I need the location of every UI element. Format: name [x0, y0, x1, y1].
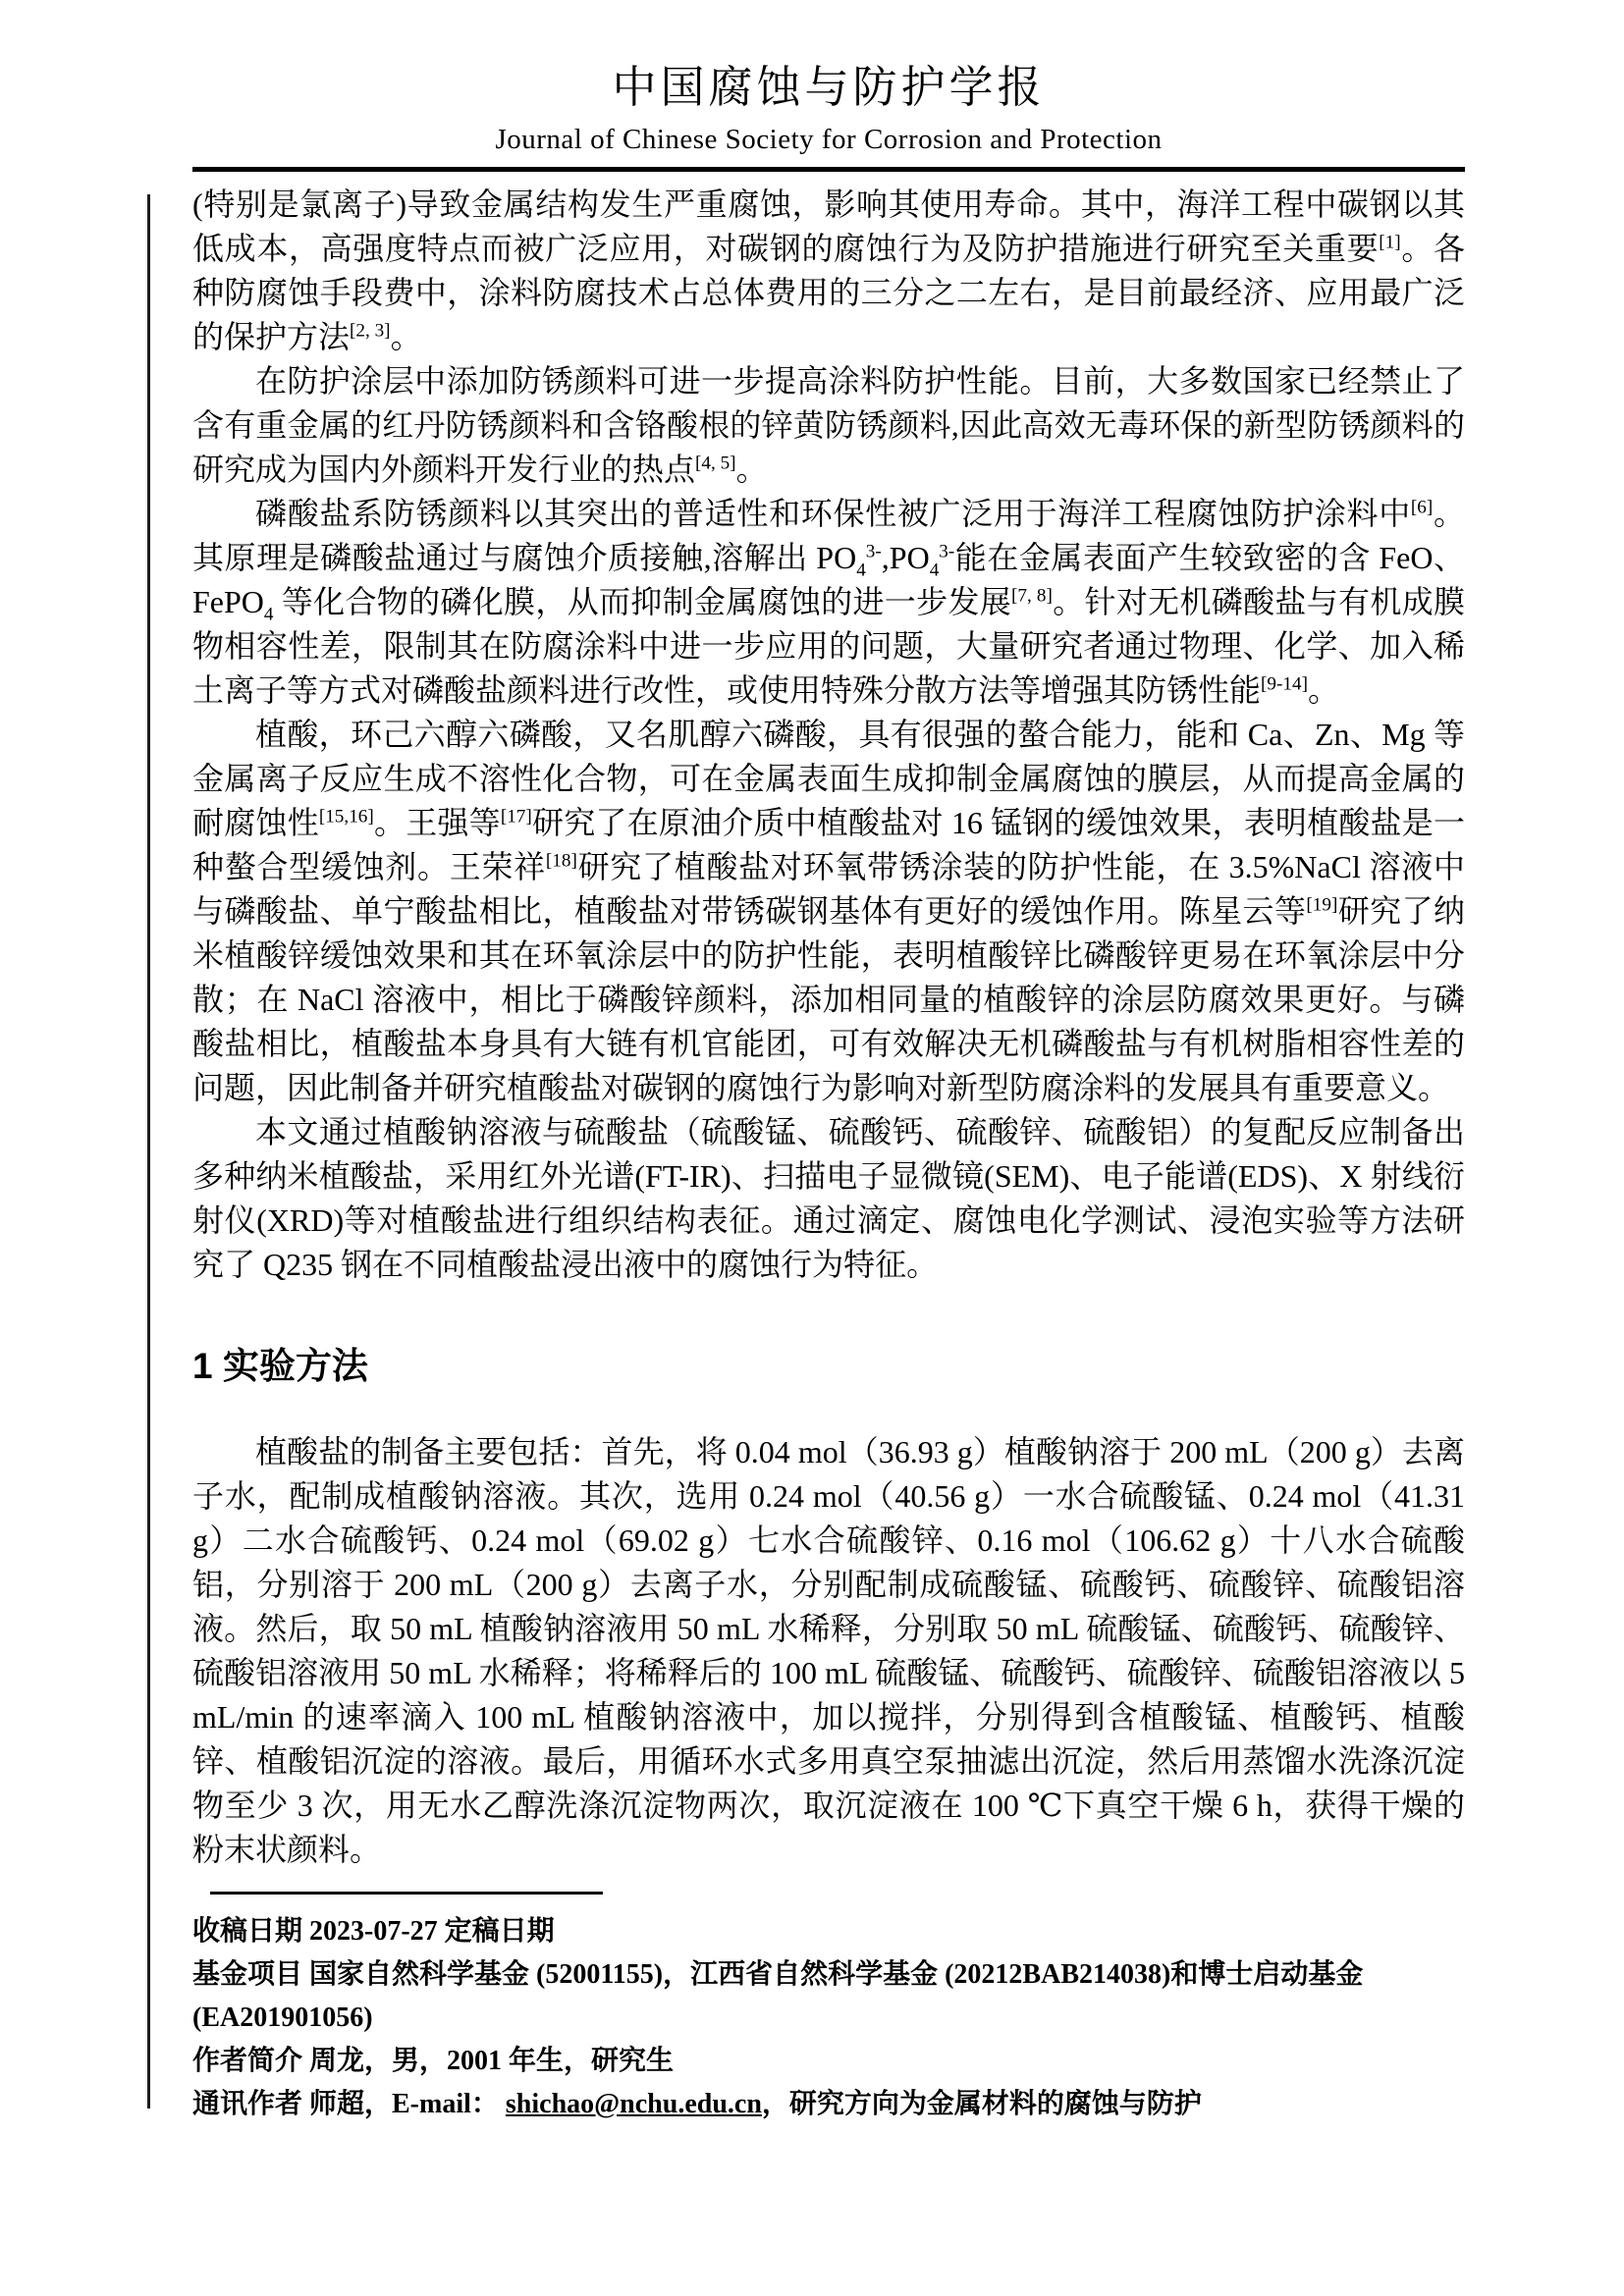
text-run: (EA201901056): [192, 2002, 373, 2033]
text-run: 收稿日期 2023-07-27 定稿日期: [192, 1916, 555, 1947]
journal-title-zh: 中国腐蚀与防护学报: [192, 63, 1465, 114]
body-paragraph-6: 植酸盐的制备主要包括：首先，将 0.04 mol（36.93 g）植酸钠溶于 2…: [192, 1430, 1465, 1872]
citation-ref: [18]: [546, 850, 577, 871]
citation-ref: [15,16]: [319, 806, 374, 827]
journal-title-en: Journal of Chinese Society for Corrosion…: [192, 124, 1465, 156]
body-paragraph-2: 在防护涂层中添加防锈颜料可进一步提高涂料防护性能。目前，大多数国家已经禁止了含有…: [192, 359, 1465, 492]
text-run: 4: [264, 604, 274, 624]
text-run: 等化合物的磷化膜，从而抑制金属腐蚀的进一步发展: [274, 584, 1012, 619]
text-run: ，研究方向为金属材料的腐蚀与防护: [762, 2089, 1202, 2119]
text-run: 4: [856, 560, 866, 580]
text-run: 3-: [866, 541, 882, 561]
manuscript-page: 中国腐蚀与防护学报 Journal of Chinese Society for…: [0, 0, 1624, 2296]
header-rule: [192, 167, 1465, 172]
body-paragraph-1: (特别是氯离子)导致金属结构发生严重腐蚀，影响其使用寿命。其中，海洋工程中碳钢以…: [192, 183, 1465, 359]
text-run: (特别是氯离子)导致金属结构发生严重腐蚀，影响其使用寿命。其中，海洋工程中碳钢以…: [192, 187, 1465, 266]
journal-header: 中国腐蚀与防护学报 Journal of Chinese Society for…: [192, 0, 1465, 172]
text-run: 磷酸盐系防锈颜料以其突出的普适性和环保性被广泛用于海洋工程腐蚀防护涂料中: [255, 496, 1411, 531]
text-run: 通讯作者 师超，E-mail：: [192, 2089, 506, 2119]
footnote-area: 收稿日期 2023-07-27 定稿日期 基金项目 国家自然科学基金 (5200…: [192, 1892, 1465, 2126]
citation-ref: [4, 5]: [695, 453, 736, 473]
text-run: ,PO: [882, 540, 930, 575]
footnote-separator-rule: [210, 1892, 603, 1895]
article-body: (特别是氯离子)导致金属结构发生严重腐蚀，影响其使用寿命。其中，海洋工程中碳钢以…: [192, 183, 1465, 1872]
body-paragraph-5: 本文通过植酸钠溶液与硫酸盐（硫酸锰、硫酸钙、硫酸锌、硫酸铝）的复配反应制备出多种…: [192, 1110, 1465, 1287]
citation-ref: [17]: [501, 806, 532, 827]
citation-ref: [6]: [1411, 497, 1433, 517]
text-run: 在防护涂层中添加防锈颜料可进一步提高涂料防护性能。目前，大多数国家已经禁止了含有…: [192, 363, 1465, 487]
footnote-received-date: 收稿日期 2023-07-27 定稿日期: [192, 1910, 1465, 1953]
body-paragraph-3: 磷酸盐系防锈颜料以其突出的普适性和环保性被广泛用于海洋工程腐蚀防护涂料中[6]。…: [192, 492, 1465, 713]
text-run: 。: [391, 319, 422, 354]
text-run: 。王强等: [374, 805, 501, 840]
section-heading-experimental-methods: 1 实验方法: [192, 1336, 1465, 1389]
body-paragraph-4: 植酸，环己六醇六磷酸，又名肌醇六磷酸，具有很强的螯合能力，能和 Ca、Zn、Mg…: [192, 713, 1465, 1110]
text-run: 基金项目 国家自然科学基金 (52001155)，江西省自然科学基金 (2021…: [192, 1959, 1363, 1990]
text-run: 3-: [939, 541, 954, 561]
citation-ref: [19]: [1306, 894, 1337, 915]
revision-change-bar: [147, 194, 150, 2109]
text-run: 植酸盐的制备主要包括：首先，将 0.04 mol（36.93 g）植酸钠溶于 2…: [192, 1434, 1465, 1867]
text-run: 本文通过植酸钠溶液与硫酸盐（硫酸锰、硫酸钙、硫酸锌、硫酸铝）的复配反应制备出多种…: [192, 1114, 1465, 1282]
footnote-fund-projects: 基金项目 国家自然科学基金 (52001155)，江西省自然科学基金 (2021…: [192, 1953, 1465, 1997]
citation-ref: [2, 3]: [350, 320, 391, 341]
text-run: 4: [930, 560, 940, 580]
footnote-fund-projects-cont: (EA201901056): [192, 1997, 1465, 2040]
page-content: 中国腐蚀与防护学报 Journal of Chinese Society for…: [192, 0, 1465, 2126]
text-run: 作者简介 周龙，男，2001 年生，研究生: [192, 2046, 674, 2076]
citation-ref: [7, 8]: [1011, 585, 1053, 606]
footnote-corresponding-author: 通讯作者 师超，E-mail： shichao@nchu.edu.cn，研究方向…: [192, 2083, 1465, 2126]
footnote-author-bio: 作者简介 周龙，男，2001 年生，研究生: [192, 2040, 1465, 2083]
citation-ref: [9-14]: [1261, 673, 1308, 694]
text-run: 。: [736, 452, 768, 487]
text-run: 。: [1308, 672, 1339, 708]
citation-ref: [1]: [1379, 232, 1400, 252]
email-link[interactable]: shichao@nchu.edu.cn: [506, 2089, 762, 2119]
